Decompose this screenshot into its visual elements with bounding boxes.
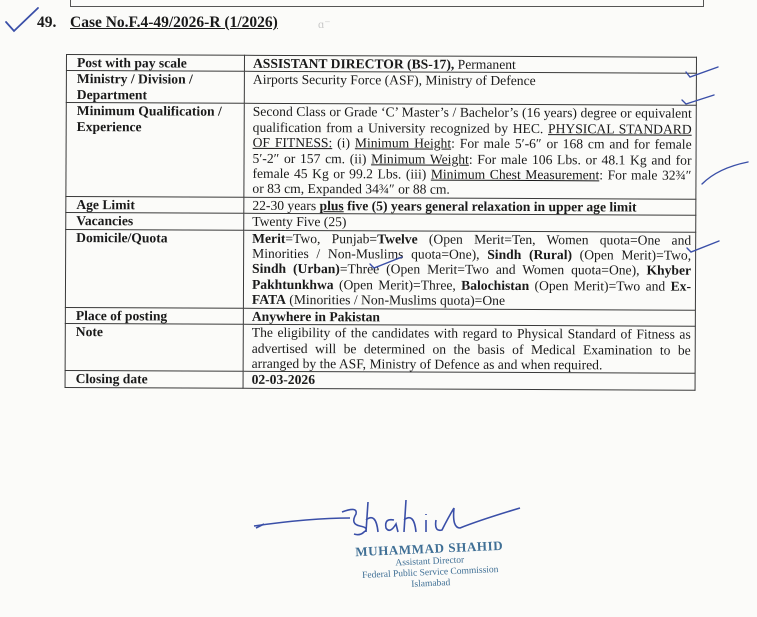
quota-segment: =Two, Punjab= <box>285 231 377 246</box>
checkmark-icon <box>685 238 721 256</box>
weight-label: Minimum Weight <box>371 151 469 166</box>
label-age: Age Limit <box>66 196 244 213</box>
row-qualification: Minimum Qualification / Experience Secon… <box>66 103 696 199</box>
value-vacancies: Twenty Five (25) <box>244 214 696 232</box>
value-posting: Anywhere in Pakistan <box>243 308 695 326</box>
label-note: Note <box>65 324 243 372</box>
height-label: Minimum Height <box>355 135 451 150</box>
label-vacancies: Vacancies <box>66 213 244 230</box>
previous-entry-border <box>70 0 704 7</box>
label-domicile: Domicile/Quota <box>65 229 243 308</box>
quota-segment: (Open Merit)=Three, <box>334 277 462 293</box>
row-note: Note The eligibility of the candidates w… <box>65 324 695 374</box>
label-post: Post with pay scale <box>66 55 244 72</box>
label-posting: Place of posting <box>65 307 243 324</box>
official-stamp: MUHAMMAD SHAHID Assistant Director Feder… <box>329 537 531 595</box>
checkmark-icon <box>368 254 404 272</box>
quota-segment: (Minorities / Non-Muslims quota)=One <box>286 292 505 308</box>
age-relaxation: five (5) years general relaxation in upp… <box>344 198 637 214</box>
quota-segment: (Open Merit)=Two and <box>529 278 671 294</box>
value-note: The eligibility of the candidates with r… <box>243 324 695 373</box>
checkmark-icon <box>4 6 40 34</box>
post-tenure: Permanent <box>454 57 516 72</box>
post-title: ASSISTANT DIRECTOR (BS-17), <box>253 56 454 72</box>
quota-segment: Merit <box>252 230 285 245</box>
label-ministry: Ministry / Division / Department <box>66 71 244 104</box>
item-marker: (i) <box>332 135 355 150</box>
quota-segment: (Open Merit)=Two, <box>572 247 691 263</box>
value-closing: 02-03-2026 <box>243 372 695 390</box>
row-posting: Place of posting Anywhere in Pakistan <box>65 307 695 326</box>
pencil-mark: ɑ⁻ <box>318 17 331 32</box>
case-title: Case No.F.4-49/2026-R (1/2026) <box>70 14 278 31</box>
quota-segment: Twelve <box>377 231 418 246</box>
row-ministry: Ministry / Division / Department Airport… <box>66 71 696 106</box>
value-ministry: Airports Security Force (ASF), Ministry … <box>244 72 696 106</box>
row-closing: Closing date 02-03-2026 <box>65 371 695 390</box>
quota-segment: Balochistan <box>461 278 529 293</box>
checkmark-icon <box>680 92 716 108</box>
value-qualification: Second Class or Grade ‘C’ Master’s / Bac… <box>244 104 696 199</box>
case-heading: 49.Case No.F.4-49/2026-R (1/2026) <box>37 14 278 32</box>
row-post: Post with pay scale ASSISTANT DIRECTOR (… <box>66 55 696 74</box>
quota-segment: Sindh (Urban) <box>252 261 340 276</box>
label-qualification: Minimum Qualification / Experience <box>66 103 244 197</box>
age-plus: plus <box>320 198 344 213</box>
value-post: ASSISTANT DIRECTOR (BS-17), Permanent <box>244 55 696 73</box>
chest-label: Minimum Chest Measurement <box>431 167 600 183</box>
label-closing: Closing date <box>65 371 243 388</box>
age-range: 22-30 years <box>252 198 319 213</box>
value-age: 22-30 years plus five (5) years general … <box>244 197 696 215</box>
case-details-table: Post with pay scale ASSISTANT DIRECTOR (… <box>65 54 697 390</box>
case-number: 49. <box>37 14 70 32</box>
checkmark-icon <box>684 64 720 80</box>
checkmark-icon <box>700 160 750 186</box>
quota-segment: Sindh (Rural) <box>487 247 572 262</box>
signature <box>250 498 530 543</box>
value-domicile: Merit=Two, Punjab=Twelve (Open Merit=Ten… <box>243 230 695 310</box>
